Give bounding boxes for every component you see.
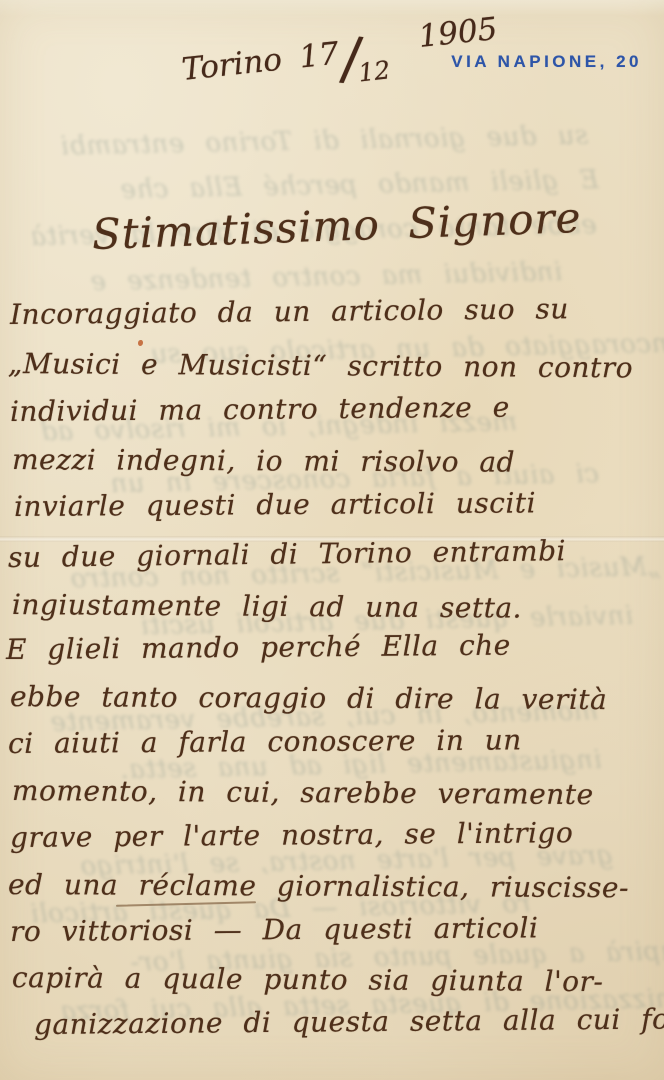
body-line: ingiustamente ligi ad una setta. (12, 588, 522, 625)
body-line: momento, in cui, sarebbe veramente (12, 774, 594, 811)
body-line: E glieli mando perché Ella che (6, 629, 511, 666)
body-line: Incoraggiato da un articolo suo su (10, 292, 569, 331)
body-line: ganizzazione di questa setta alla cui fo… (34, 1002, 664, 1041)
body-line: su due giornali di Torino entrambi (8, 534, 566, 574)
ink-speck (138, 340, 143, 346)
body-line: capirà a quale punto sia giunta l'or- (12, 961, 604, 998)
date-place: Torino (180, 42, 284, 88)
printed-letterhead: VIA NAPIONE, 20 (451, 52, 642, 72)
body-line: inviarle questi due articoli usciti (14, 486, 536, 523)
body-line: ci aiuti a farla conoscere in un (8, 723, 522, 760)
body-line: ebbe tanto coraggio di dire la verità (10, 680, 607, 716)
body-line: ed una réclame giornalistica, riuscisse- (8, 868, 629, 904)
letter-page: su due giornali di Torino entrambi E gli… (0, 0, 664, 1080)
body-line: individui ma contro tendenze e (10, 391, 510, 428)
date-month: 12 (357, 55, 392, 87)
body-line: „Musici e Musicisti“ scritto non contro (8, 347, 633, 384)
date-year: 1905 (417, 11, 499, 55)
date-day: 17 (298, 36, 341, 76)
bleed-line: su due giornali di Torino entrambi (60, 120, 589, 161)
body-line: mezzi indegni, io mi risolvo ad (12, 443, 515, 479)
body-line: grave per l'arte nostra, se l'intrigo (10, 816, 574, 854)
bleed-line: individui ma contro tendenze e (90, 257, 563, 297)
body-line: ro vittoriosi — Da questi articoli (10, 911, 539, 948)
